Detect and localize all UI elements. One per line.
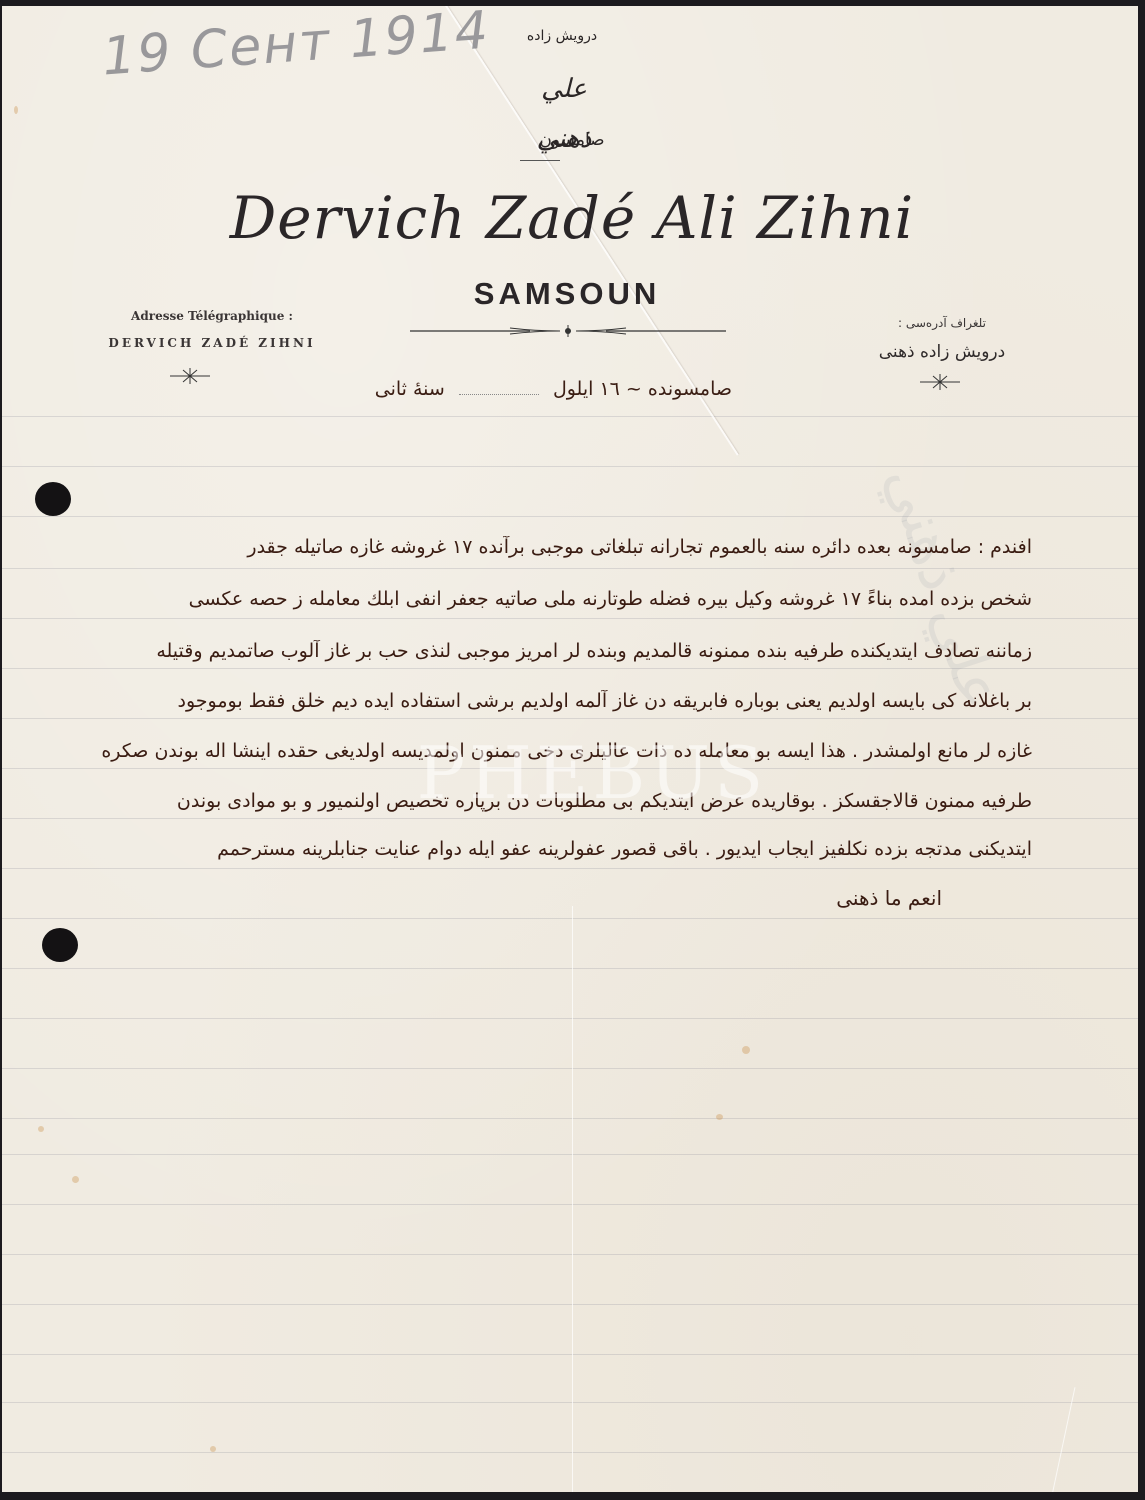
fold-crease <box>572 906 573 1492</box>
letter-sheet: علي ذهني 19 Сент 1914 درويش زاده علي ذهن… <box>2 6 1138 1492</box>
telegraph-address-label: Adresse Télégraphique : <box>62 309 362 323</box>
ruled-line <box>2 416 1138 417</box>
ruled-line <box>2 1154 1138 1155</box>
foxing-stain <box>716 1114 723 1120</box>
body-line: شخص بزده امده بناءً ١٧ غروشه وكيل بيره ف… <box>32 588 1032 610</box>
ruled-line <box>2 1018 1138 1019</box>
foxing-stain <box>210 1446 216 1452</box>
body-line: ایتدیکنی مدتجه بزده نکلفیز ایجاب ایدیور … <box>32 838 1032 860</box>
body-line: زماننه تصادف ایتدیکنده طرفیه بنده ممنونه… <box>32 640 1032 662</box>
letterhead-city: SAMSOUN <box>402 276 732 312</box>
dateline-year: سنهٔ ثانی <box>375 378 445 400</box>
foxing-stain <box>14 106 18 114</box>
ruled-line <box>2 918 1138 919</box>
signature: انعم ما ذهنی <box>822 886 942 910</box>
telegraph-address-label-arabic: تلغراف آدرەسی : <box>852 316 1032 330</box>
foxing-stain <box>742 1046 750 1054</box>
pencil-date-annotation: 19 Сент 1914 <box>100 6 491 87</box>
punch-hole <box>35 482 71 516</box>
asterisk-ornament-icon <box>170 368 210 384</box>
body-line: طرفیه ممنون قالاجقسکز . بوقاریده عرض ایت… <box>32 790 1032 812</box>
divider <box>520 160 560 161</box>
ruled-line <box>2 1204 1138 1205</box>
body-line: غازه لر مانع اولمشدر . هذا ایسه بو معامل… <box>32 740 1032 762</box>
ruled-line <box>2 968 1138 969</box>
telegraph-address-value-arabic: درويش زاده ذهنی <box>852 342 1032 362</box>
ruled-line <box>2 466 1138 467</box>
ruled-line <box>2 868 1138 869</box>
foxing-stain <box>72 1176 79 1183</box>
ornament-divider-icon <box>410 324 726 338</box>
ruled-line <box>2 516 1138 517</box>
ruled-line <box>2 1118 1138 1119</box>
ruled-line <box>2 1354 1138 1355</box>
punch-hole <box>42 928 78 962</box>
ruled-line <box>2 1068 1138 1069</box>
asterisk-ornament-icon <box>920 374 960 390</box>
letterhead-arabic-name: درويش زاده <box>502 28 622 44</box>
letterhead-firm-name: Dervich Zadé Ali Zihni <box>182 184 962 252</box>
telegraph-address-value: DERVICH ZADÉ ZIHNI <box>62 336 362 350</box>
letterhead-monogram: علي ذهني <box>529 64 599 114</box>
foxing-stain <box>38 1126 44 1132</box>
dateline-month: ايلول <box>553 378 593 400</box>
ruled-line <box>2 1304 1138 1305</box>
ruled-line <box>2 1452 1138 1453</box>
ruled-line <box>2 1402 1138 1403</box>
letterhead-arabic-city: صامسون <box>512 130 632 150</box>
dotted-fill <box>459 394 539 395</box>
dateline: صامسونده ~ ١٦ ايلول سنهٔ ثانی <box>312 378 732 400</box>
body-line: افندم : صامسونه بعده دائره سنه بالعموم ت… <box>32 536 1032 558</box>
ruled-line <box>2 1254 1138 1255</box>
dateline-place: صامسونده <box>648 378 732 400</box>
body-line: بر باغلانه کی بایسه اولدیم یعنی بوباره ف… <box>32 690 1032 712</box>
dateline-day: ١٦ <box>599 378 619 400</box>
